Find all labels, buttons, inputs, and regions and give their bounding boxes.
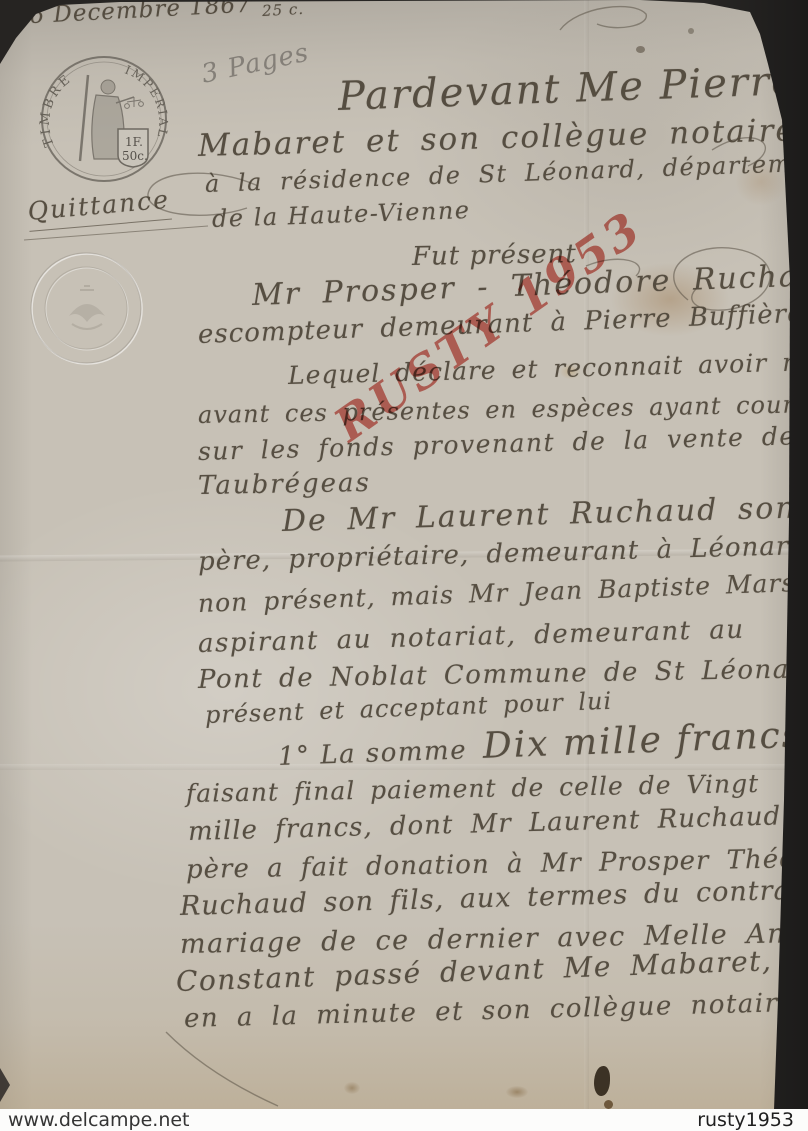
watermark-band: www.delcampe.net rusty1953: [0, 1109, 808, 1131]
manuscript-line: Taubrégeas: [198, 468, 371, 501]
amount-prefix: 1° La somme: [278, 735, 468, 772]
watermark-rusty: rusty1953: [697, 1109, 794, 1131]
photo-backdrop: TIMBRE IMPERIAL 1F. 50c.: [0, 0, 808, 1131]
watermark-delcampe: www.delcampe.net: [8, 1109, 190, 1131]
fee-annotation: 25 c.: [262, 0, 305, 20]
document-page: TIMBRE IMPERIAL 1F. 50c.: [0, 0, 808, 1110]
